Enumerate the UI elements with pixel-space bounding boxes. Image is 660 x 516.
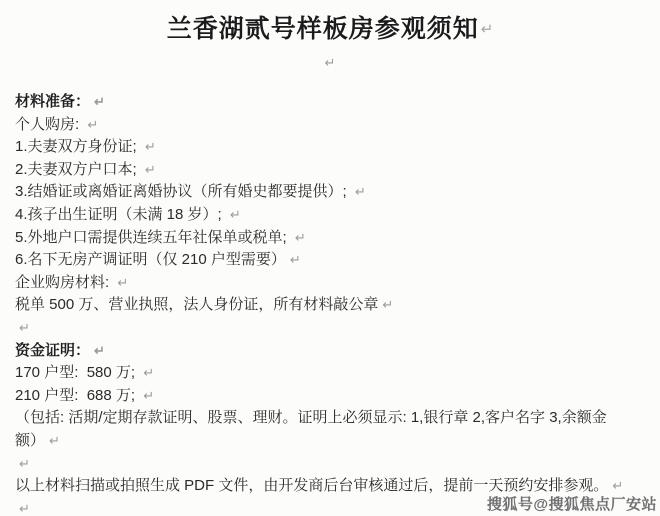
return-mark-icon: ↵	[325, 55, 336, 70]
doc-line: 个人购房: ↵	[15, 114, 652, 137]
return-mark-icon: ↵	[145, 162, 156, 177]
watermark: 搜狐号@搜狐焦点厂安站	[487, 493, 657, 514]
doc-line-text: 企业购房材料:	[15, 274, 113, 291]
return-mark-icon: ↵	[94, 94, 105, 109]
return-mark-icon: ↵	[117, 275, 128, 290]
doc-line: 3.结婚证或离婚证离婚协议（所有婚史都要提供）; ↵	[15, 181, 652, 204]
doc-line: 210 户型: 688 万; ↵	[15, 385, 652, 408]
page-title-text: 兰香湖贰号样板房参观须知	[167, 15, 479, 43]
doc-line: 5.外地户口需提供连续五年社保单或税单; ↵	[15, 227, 652, 250]
doc-line-text: 3.结婚证或离婚证离婚协议（所有婚史都要提供）;	[15, 183, 351, 200]
return-mark-icon: ↵	[145, 139, 156, 154]
doc-line: 企业购房材料: ↵	[15, 272, 652, 295]
doc-line-text: （包括: 活期/定期存款证明、股票、理财。证明上必须显示: 1,银行章 2,客户…	[15, 409, 607, 426]
doc-line-text: 税单 500 万、营业执照，法人身份证，所有材料敲公章	[15, 296, 378, 313]
doc-line-text: 2.夫妻双方户口本;	[15, 161, 141, 178]
return-mark-icon: ↵	[19, 320, 30, 335]
document-page: 兰香湖贰号样板房参观须知↵ ↵ 材料准备：↵ 个人购房: ↵ 1.夫妻双方身份证…	[0, 0, 660, 516]
doc-line-text: 1.夫妻双方身份证;	[15, 138, 141, 155]
return-mark-icon: ↵	[290, 252, 301, 267]
doc-line-text: 以上材料扫描或拍照生成 PDF 文件，由开发商后台审核通过后，提前一天预约安排参…	[15, 477, 608, 494]
return-mark-icon: ↵	[230, 207, 241, 222]
doc-line-text: 材料准备：	[15, 93, 90, 110]
doc-line: 额）↵	[15, 430, 652, 453]
empty-paragraph: ↵	[15, 453, 652, 476]
doc-line: 1.夫妻双方身份证; ↵	[15, 136, 652, 159]
doc-line-text: 210 户型: 688 万;	[15, 387, 139, 404]
return-mark-icon: ↵	[612, 478, 623, 493]
empty-paragraph: ↵	[0, 47, 660, 79]
doc-line-text: 额）	[15, 432, 45, 449]
return-mark-icon: ↵	[481, 21, 494, 38]
return-mark-icon: ↵	[355, 184, 366, 199]
doc-line-section-heading: 材料准备：↵	[15, 91, 652, 114]
doc-line-text: 4.孩子出生证明（未满 18 岁）;	[15, 206, 226, 223]
doc-line-text: 170 户型: 580 万;	[15, 364, 139, 381]
return-mark-icon: ↵	[87, 117, 98, 132]
doc-line-section-heading: 资金证明：↵	[15, 340, 652, 363]
return-mark-icon: ↵	[382, 297, 393, 312]
return-mark-icon: ↵	[143, 388, 154, 403]
empty-paragraph: ↵	[15, 317, 652, 340]
return-mark-icon: ↵	[143, 365, 154, 380]
doc-line: 税单 500 万、营业执照，法人身份证，所有材料敲公章↵	[15, 294, 652, 317]
doc-line: 4.孩子出生证明（未满 18 岁）; ↵	[15, 204, 652, 227]
return-mark-icon: ↵	[94, 343, 105, 358]
return-mark-icon: ↵	[19, 501, 30, 516]
doc-line: 170 户型: 580 万; ↵	[15, 362, 652, 385]
doc-line-text: 资金证明：	[15, 342, 90, 359]
return-mark-icon: ↵	[295, 230, 306, 245]
doc-line: 2.夫妻双方户口本; ↵	[15, 159, 652, 182]
return-mark-icon: ↵	[49, 433, 60, 448]
doc-line: 6.名下无房产调证明（仅 210 户型需要）↵	[15, 249, 652, 272]
document-body: 材料准备：↵ 个人购房: ↵ 1.夫妻双方身份证; ↵ 2.夫妻双方户口本; ↵…	[0, 79, 660, 516]
doc-line-text: 5.外地户口需提供连续五年社保单或税单;	[15, 229, 291, 246]
doc-line-text: 6.名下无房产调证明（仅 210 户型需要）	[15, 251, 286, 268]
page-title: 兰香湖贰号样板房参观须知↵	[0, 0, 660, 47]
doc-line: （包括: 活期/定期存款证明、股票、理财。证明上必须显示: 1,银行章 2,客户…	[15, 407, 652, 430]
return-mark-icon: ↵	[19, 456, 30, 471]
doc-line-text: 个人购房:	[15, 116, 83, 133]
